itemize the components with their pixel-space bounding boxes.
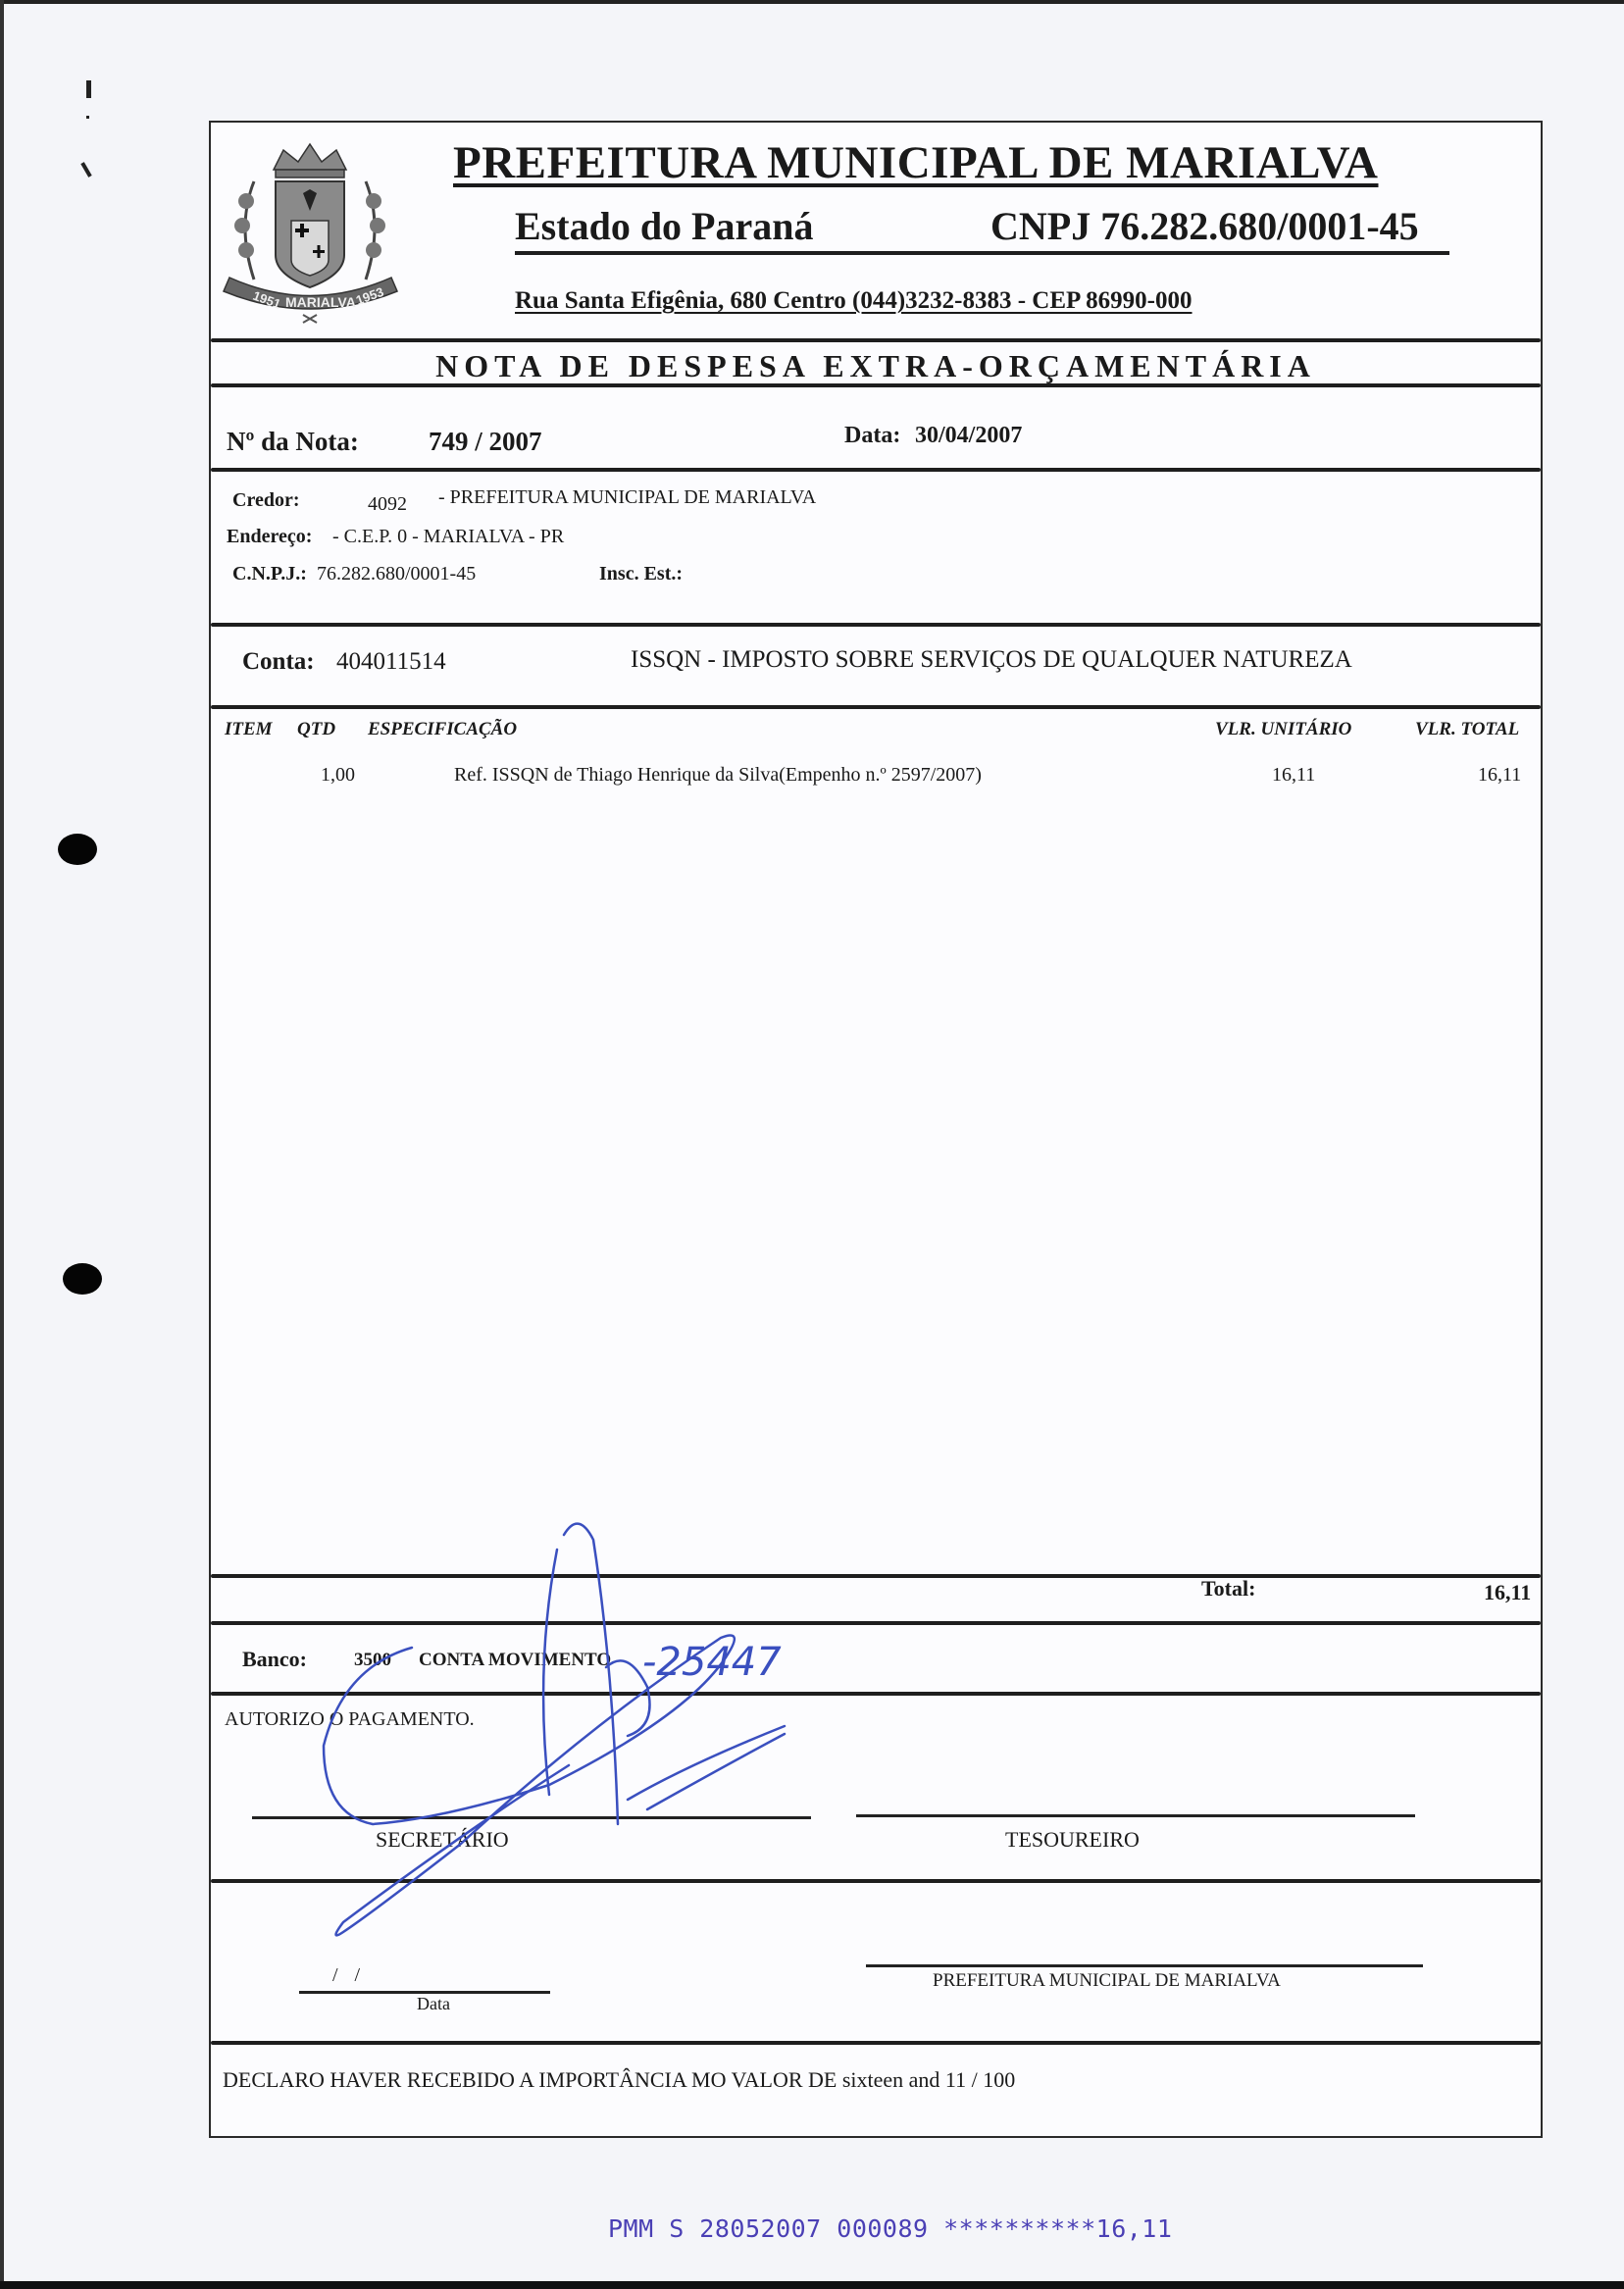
state-name: Estado do Paraná bbox=[515, 203, 814, 249]
authorization-text: AUTORIZO O PAGAMENTO. bbox=[225, 1708, 475, 1731]
divider bbox=[211, 468, 1541, 472]
divider bbox=[211, 383, 1541, 387]
endereco-label: Endereço: bbox=[227, 526, 312, 548]
date-placeholder: / / bbox=[332, 1964, 366, 1987]
note-date-label: Data: bbox=[844, 423, 900, 449]
divider bbox=[211, 1574, 1541, 1578]
signature-line-treasurer bbox=[856, 1814, 1415, 1817]
cell-vlr-total: 16,11 bbox=[1478, 764, 1521, 787]
total-value: 16,11 bbox=[1484, 1580, 1531, 1605]
credor-name: - PREFEITURA MUNICIPAL DE MARIALVA bbox=[438, 486, 816, 509]
header-address: Rua Santa Efigênia, 680 Centro (044)3232… bbox=[515, 287, 1193, 315]
scan-speck bbox=[86, 80, 91, 98]
credor-label: Credor: bbox=[232, 489, 300, 512]
note-date-value: 30/04/2007 bbox=[915, 423, 1022, 449]
svg-text:1953: 1953 bbox=[354, 284, 385, 308]
col-item: ITEM bbox=[225, 719, 273, 740]
credor-code: 4092 bbox=[368, 493, 407, 516]
divider bbox=[211, 623, 1541, 627]
bank-label: Banco: bbox=[242, 1647, 307, 1672]
cell-especificacao: Ref. ISSQN de Thiago Henrique da Silva(E… bbox=[454, 764, 982, 787]
scan-edge-top bbox=[0, 0, 1624, 4]
account-movement-label: CONTA MOVIMENTO bbox=[419, 1650, 611, 1671]
header-cnpj: CNPJ 76.282.680/0001-45 bbox=[990, 203, 1419, 249]
cell-qtd: 1,00 bbox=[321, 764, 355, 787]
validation-stamp: PMM S 28052007 000089 **********16,11 bbox=[608, 2214, 1172, 2243]
note-number-label: Nº da Nota: bbox=[227, 427, 359, 457]
account-description: ISSQN - IMPOSTO SOBRE SERVIÇOS DE QUALQU… bbox=[631, 646, 1352, 674]
bank-code: 3500 bbox=[354, 1650, 391, 1671]
col-especificacao: ESPECIFICAÇÃO bbox=[368, 719, 517, 740]
account-number: 404011514 bbox=[336, 648, 446, 676]
col-vlr-total: VLR. TOTAL bbox=[1415, 719, 1519, 740]
insc-est-label: Insc. Est.: bbox=[599, 563, 683, 585]
coat-of-arms-icon: 1951 MARIALVA 1953 bbox=[215, 132, 406, 324]
cnpj-value: 76.282.680/0001-45 bbox=[317, 563, 476, 585]
declaration-text: DECLARO HAVER RECEBIDO A IMPORTÂNCIA MO … bbox=[223, 2067, 1015, 2093]
date-label: Data bbox=[417, 1994, 450, 2014]
endereco-value: - C.E.P. 0 - MARIALVA - PR bbox=[332, 526, 564, 548]
note-number-value: 749 / 2007 bbox=[429, 427, 542, 457]
account-label: Conta: bbox=[242, 648, 315, 676]
signature-line-entity bbox=[866, 1964, 1423, 1967]
scan-edge-left bbox=[0, 0, 4, 2289]
divider bbox=[211, 1621, 1541, 1625]
scan-edge-bottom bbox=[0, 2281, 1624, 2289]
signature-line-secretary bbox=[252, 1816, 811, 1819]
divider bbox=[211, 705, 1541, 709]
cnpj-label: C.N.P.J.: bbox=[232, 563, 307, 585]
divider bbox=[211, 1879, 1541, 1883]
svg-text:1951: 1951 bbox=[251, 288, 282, 312]
svg-text:MARIALVA: MARIALVA bbox=[285, 294, 356, 310]
municipality-title: PREFEITURA MUNICIPAL DE MARIALVA bbox=[453, 136, 1379, 189]
punch-hole-top bbox=[58, 834, 97, 865]
receiving-entity: PREFEITURA MUNICIPAL DE MARIALVA bbox=[933, 1970, 1281, 1992]
scan-speck bbox=[86, 116, 89, 119]
cell-vlr-unitario: 16,11 bbox=[1272, 764, 1315, 787]
divider bbox=[211, 1692, 1541, 1696]
expense-note-form: 1951 MARIALVA 1953 PREFEITURA MUNICIPAL … bbox=[209, 121, 1543, 2138]
treasurer-label: TESOUREIRO bbox=[1005, 1827, 1140, 1853]
document-title: NOTA DE DESPESA EXTRA-ORÇAMENTÁRIA bbox=[211, 348, 1541, 384]
col-vlr-unitario: VLR. UNITÁRIO bbox=[1215, 719, 1351, 740]
punch-hole-bottom bbox=[63, 1263, 102, 1295]
total-label: Total: bbox=[1201, 1576, 1255, 1602]
header-underline bbox=[515, 251, 1449, 255]
divider bbox=[211, 338, 1541, 342]
col-qtd: QTD bbox=[297, 719, 335, 740]
divider bbox=[211, 2041, 1541, 2045]
scan-speck bbox=[80, 162, 91, 178]
secretary-label: SECRETÁRIO bbox=[376, 1827, 509, 1853]
